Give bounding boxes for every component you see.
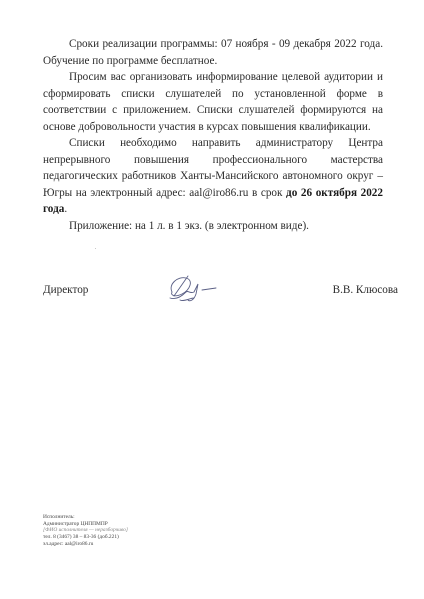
document-page: Сроки реализации программы: 07 ноября - … [0, 0, 424, 599]
executor-info: Исполнитель: Администратор ЦНППМПР [ФИО … [43, 514, 243, 548]
signer-name: В.В. Клюсова [333, 284, 398, 296]
scan-speck [95, 248, 96, 249]
paragraph-request: Просим вас организовать информирование ц… [43, 69, 383, 135]
handwritten-signature-icon [164, 270, 224, 306]
signature-block: Директор В.В. Клюсова [43, 284, 398, 304]
executor-phone: тел. 8 (3467) 38 – 83-36 (доб.221) [43, 534, 243, 541]
executor-label: Исполнитель: [43, 514, 243, 521]
executor-email: эл.адрес: aal@iro86.ru [43, 541, 243, 548]
signer-title: Директор [43, 284, 88, 296]
paragraph-submission: Списки необходимо направить администрато… [43, 135, 383, 218]
letter-body: Сроки реализации программы: 07 ноября - … [43, 36, 383, 234]
paragraph-attachment: Приложение: на 1 л. в 1 экз. (в электрон… [43, 218, 383, 235]
paragraph-schedule: Сроки реализации программы: 07 ноября - … [43, 36, 383, 69]
submission-end: . [64, 203, 67, 215]
scan-speck [88, 226, 89, 227]
